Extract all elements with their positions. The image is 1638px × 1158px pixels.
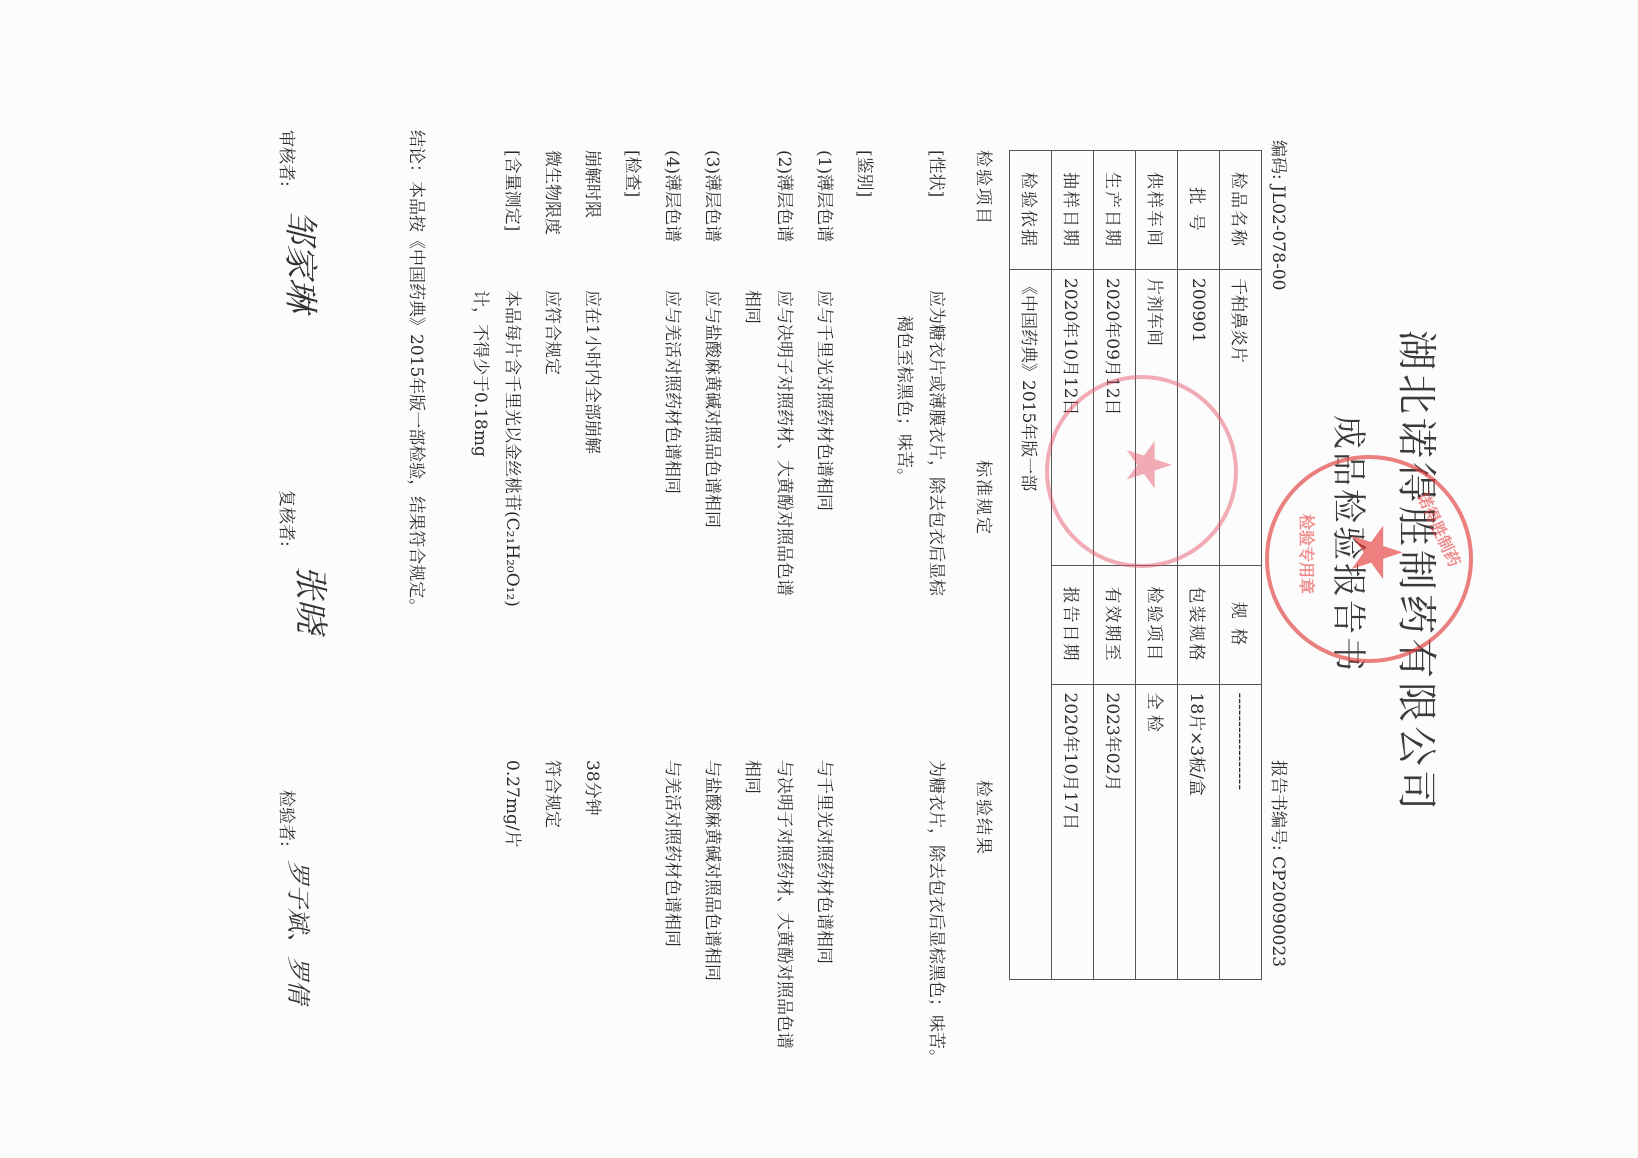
field-value: 全 检	[1136, 684, 1178, 980]
field-label: 检品名称	[1220, 151, 1262, 270]
field-value: 18片×3板/盒	[1178, 684, 1220, 980]
field-label: 批 号	[1178, 151, 1220, 270]
doc-code-value: JL02-078-00	[1268, 185, 1288, 290]
field-value: 2020年10月17日	[1052, 684, 1094, 980]
rechecker-label: 复核者:	[273, 490, 298, 547]
seal-star-icon: ★	[1341, 521, 1411, 584]
field-value: -----------------	[1220, 684, 1262, 980]
field-value: 2023年02月	[1094, 684, 1136, 980]
result-text: 符合规定	[539, 760, 564, 828]
company-seal: ★ 诺得胜制药 检验专用章	[1265, 455, 1473, 663]
conclusion: 结论：本品按《中国药典》2015年版一部检验，结果符合规定。	[403, 130, 428, 615]
field-label: 抽样日期	[1052, 151, 1094, 270]
result-text: 0.27mg/片	[499, 760, 524, 848]
field-label: 检验项目	[1136, 565, 1178, 684]
info-table-row: 检验依据《中国药典》2015年版一部	[1010, 151, 1052, 980]
standard-text: 应与羌活对照药材色谱相同	[659, 290, 684, 494]
item-name: (4)薄层色谱	[659, 150, 684, 242]
report-number-value: CP20090023	[1268, 856, 1288, 967]
field-label: 生产日期	[1094, 151, 1136, 270]
standard-text: 本品每片含千里光以金丝桃苷(C₂₁H₂₀O₁₂)	[499, 290, 524, 607]
result-text: 为糖衣片，除去包衣后显棕黑色；味苦。	[923, 760, 948, 1066]
standard-text: 应符合规定	[539, 290, 564, 375]
field-label: 报告日期	[1052, 565, 1094, 684]
standard-text: 应与千里光对照药材色谱相同	[811, 290, 836, 511]
report-number: 报告书编号: CP20090023	[1268, 760, 1293, 967]
scanned-report-page: 湖北诺得胜制药有限公司 成品检验报告书 ★ 诺得胜制药 检验专用章 编码: JL…	[0, 0, 1638, 1158]
field-value: 《中国药典》2015年版一部	[1010, 270, 1052, 980]
item-name: [鉴别]	[851, 150, 876, 197]
result-text: 与羌活对照药材色谱相同	[659, 760, 684, 947]
item-name: [检查]	[619, 150, 644, 197]
standard-text-cont: 相同	[739, 290, 764, 324]
seal-text: 诺得胜制药	[1412, 488, 1467, 570]
seal-text-bottom: 检验专用章	[1296, 514, 1319, 594]
doc-code: 编码: JL02-078-00	[1268, 140, 1293, 290]
inspector-signature: 罗子斌、罗倩	[283, 860, 318, 1004]
field-label: 规 格	[1220, 565, 1262, 684]
standard-text-cont: 褐色至棕黑色；味苦。	[891, 315, 916, 485]
info-table-row: 检品名称千柏鼻炎片规 格-----------------	[1220, 151, 1262, 980]
item-name: (1)薄层色谱	[811, 150, 836, 242]
result-text: 与决明子对照药材、大黄酚对照品色谱	[771, 760, 796, 1049]
item-name: (2)薄层色谱	[771, 150, 796, 242]
reviewer-signature: 邹家琳	[279, 210, 328, 312]
col-header-result: 检验结果	[973, 780, 998, 856]
standard-text-cont: 计，不得少于0.18mg	[467, 290, 492, 457]
inspection-seal: ★	[1045, 375, 1238, 568]
standard-text: 应在1小时内全部崩解	[579, 290, 604, 454]
result-text-cont: 相同	[739, 760, 764, 794]
field-value: 千柏鼻炎片	[1220, 270, 1262, 566]
field-label: 有效期至	[1094, 565, 1136, 684]
doc-code-label: 编码:	[1268, 140, 1288, 180]
reviewer-label: 审核者:	[273, 130, 298, 187]
standard-text: 应与决明子对照药材、大黄酚对照品色谱	[771, 290, 796, 596]
item-name: 崩解时限	[579, 150, 604, 218]
standard-text: 应与盐酸麻黄碱对照品色谱相同	[699, 290, 724, 528]
col-header-standard: 标准规定	[973, 460, 998, 536]
result-text: 38分钟	[579, 760, 604, 816]
field-label: 供样车间	[1136, 151, 1178, 270]
item-name: (3)薄层色谱	[699, 150, 724, 242]
inspection-seal-star-icon: ★	[1117, 437, 1179, 493]
field-label: 包装规格	[1178, 565, 1220, 684]
item-name: 微生物限度	[539, 150, 564, 235]
item-name: [含量测定]	[499, 150, 524, 231]
standard-text: 应为糖衣片或薄膜衣片，除去包衣后显棕	[923, 290, 948, 596]
result-text: 与盐酸麻黄碱对照品色谱相同	[699, 760, 724, 981]
col-header-item: 检验项目	[973, 150, 998, 226]
info-table-row: 抽样日期2020年10月12日报告日期2020年10月17日	[1052, 151, 1094, 980]
inspector-label: 检验者:	[273, 790, 298, 847]
result-text: 与千里光对照药材色谱相同	[811, 760, 836, 964]
field-label: 检验依据	[1010, 151, 1052, 270]
info-table-row: 批 号200901包装规格18片×3板/盒	[1178, 151, 1220, 980]
rechecker-signature: 张晓	[289, 565, 338, 633]
item-name: [性状]	[923, 150, 948, 197]
report-number-label: 报告书编号:	[1268, 760, 1288, 851]
